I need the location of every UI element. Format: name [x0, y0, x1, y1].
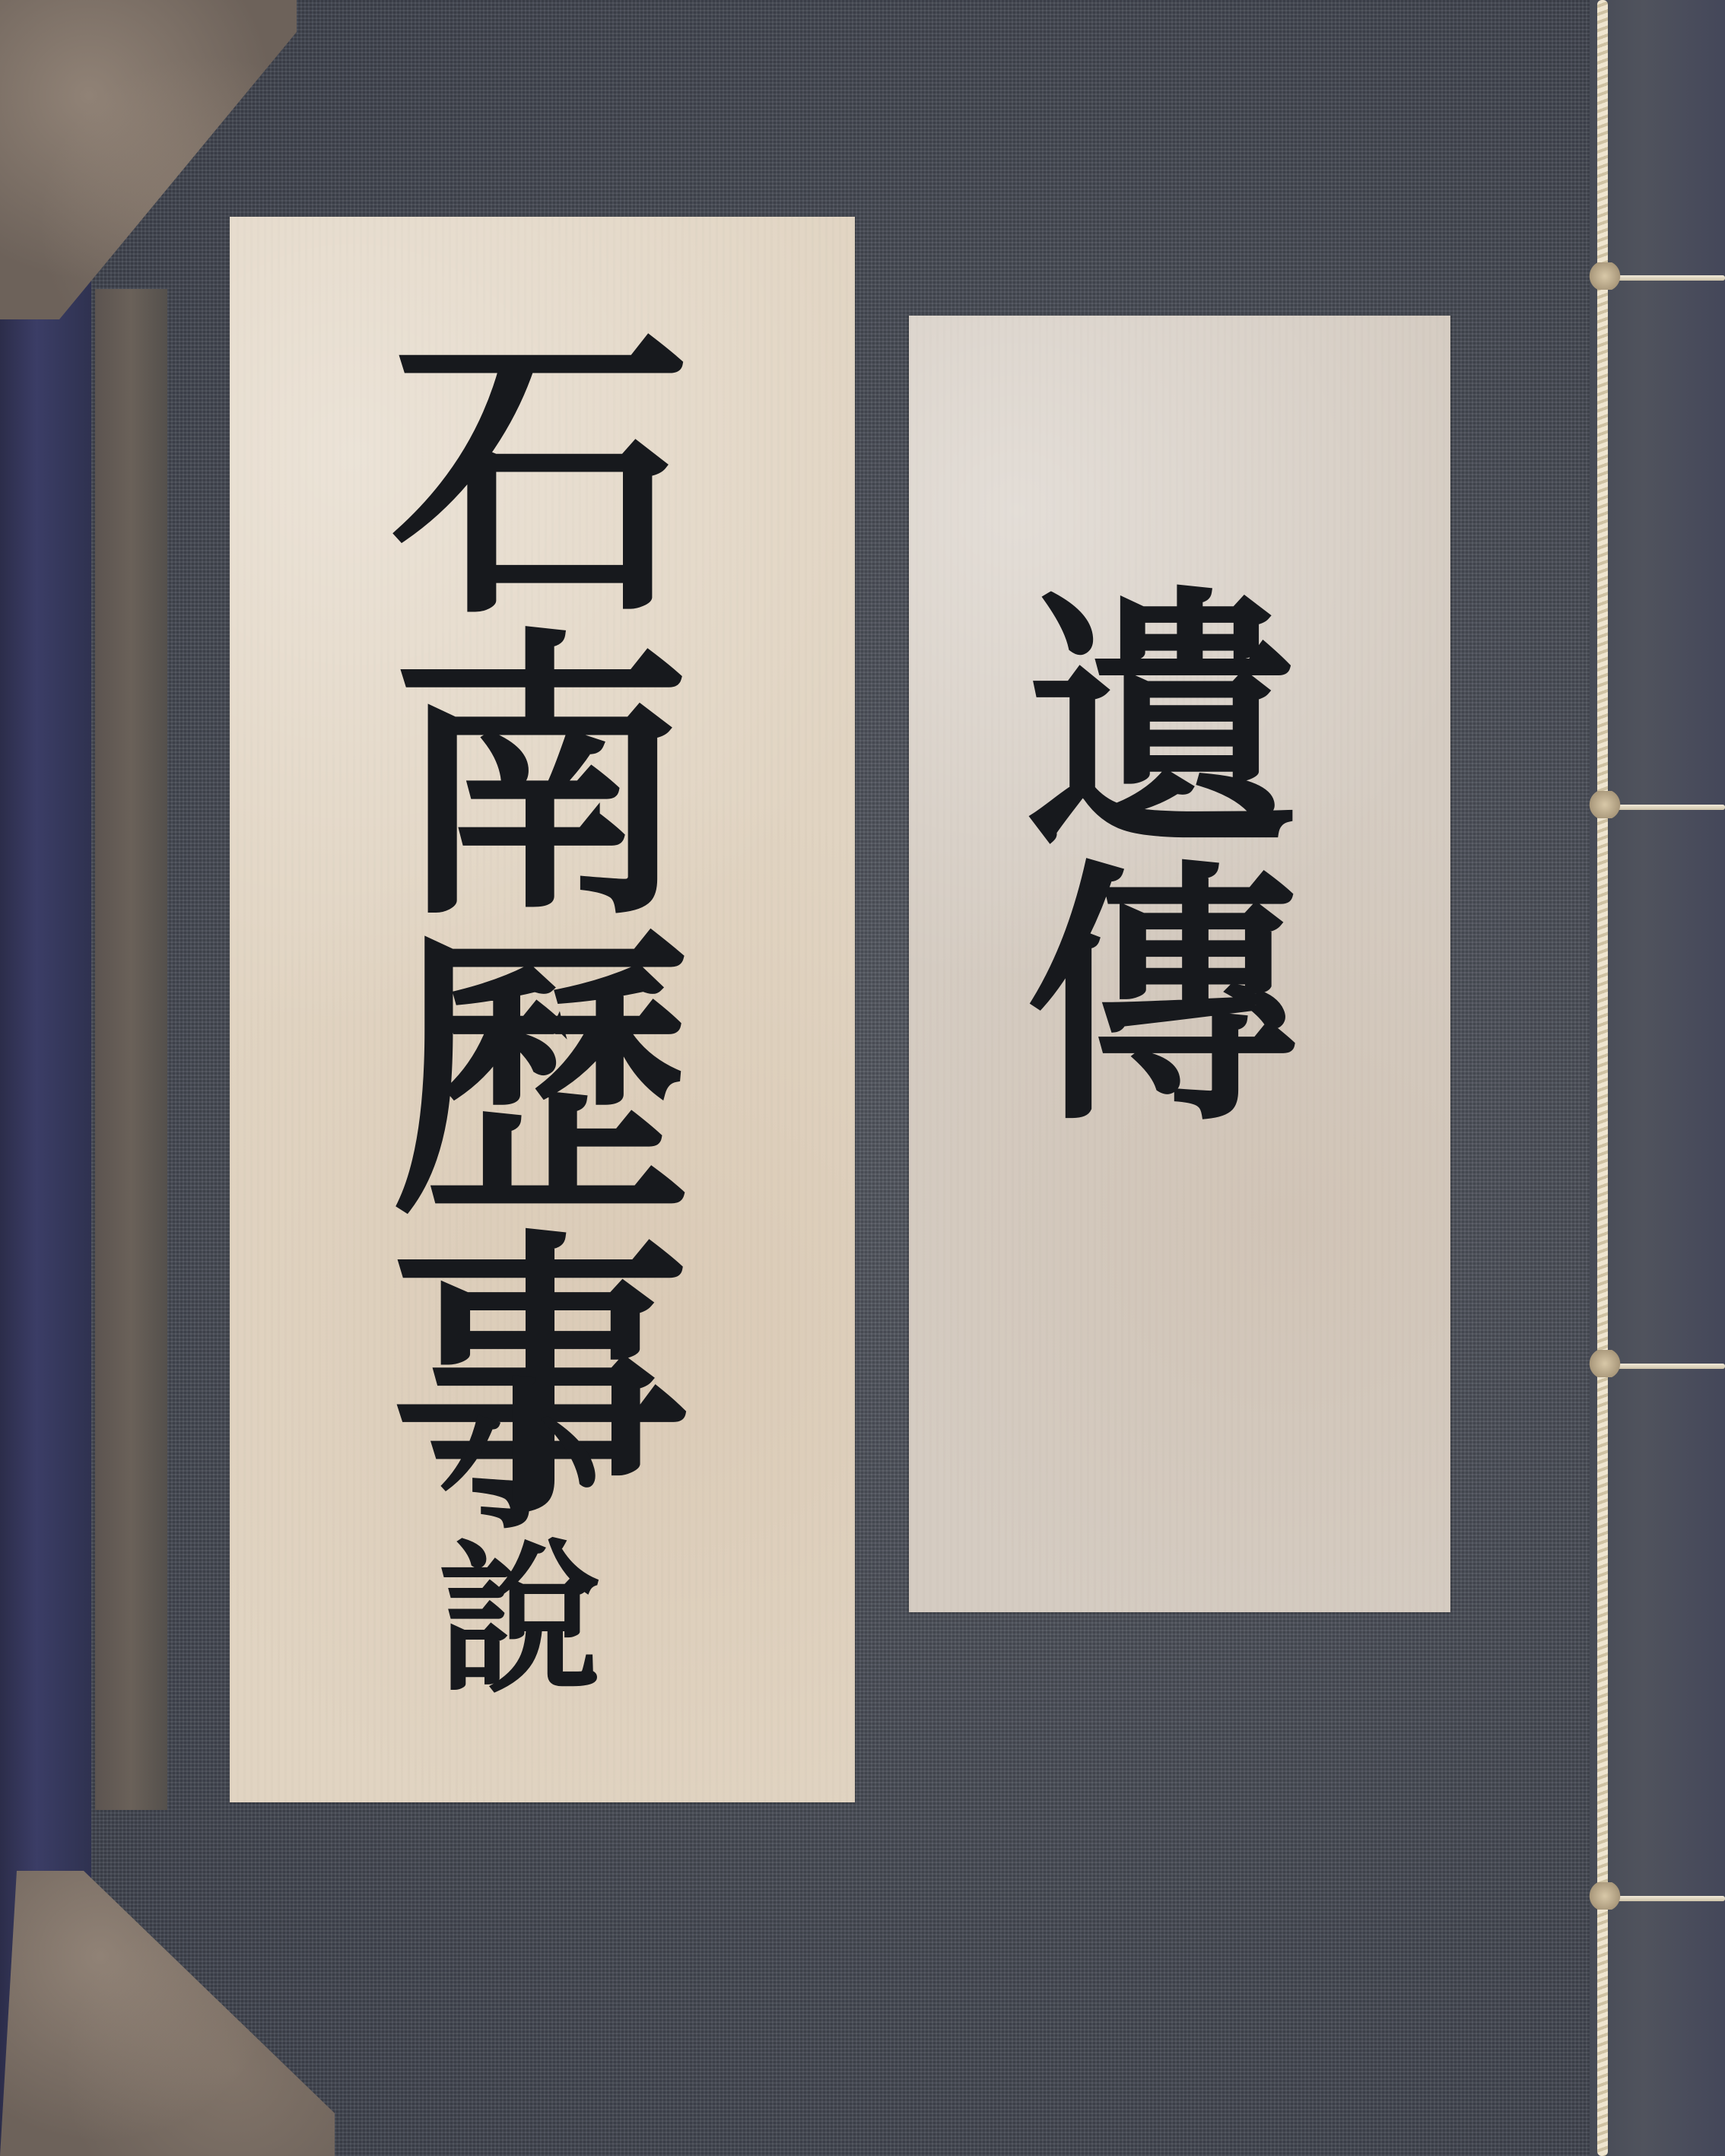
main-title-calligraphy: 石南歷事 — [365, 319, 666, 1521]
cover-left-edge — [0, 0, 91, 2156]
stitch-knot-3 — [1588, 1350, 1622, 1377]
stitch-knot-2 — [1588, 791, 1622, 818]
binding-spine — [1590, 0, 1725, 2156]
subtitle-calligraphy: 小說 — [426, 1369, 589, 1696]
stitch-knot-1 — [1588, 262, 1622, 290]
stitch-knot-4 — [1588, 1882, 1622, 1910]
right-title-calligraphy: 遺傳 — [996, 578, 1284, 1126]
binding-thread — [1597, 0, 1608, 2156]
cover-hinge-strip — [95, 289, 167, 1810]
